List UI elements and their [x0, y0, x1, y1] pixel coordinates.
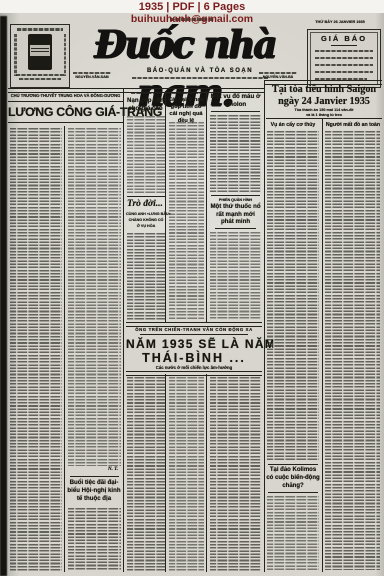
price-box-title: GIÁ BÁO [308, 34, 380, 43]
office-address-line [132, 77, 268, 79]
trodoi-title: Trò đời... [127, 199, 165, 209]
section-rule [268, 492, 318, 493]
body-text-block [127, 116, 165, 194]
column-rule [123, 88, 124, 572]
section-rule [211, 111, 260, 112]
body-text-block [325, 131, 380, 570]
body-text-block [169, 377, 204, 571]
body-text-block [267, 131, 319, 462]
section-rule [211, 195, 260, 196]
court-subtitle-line2: và là 1 tháng tù treo [266, 113, 382, 117]
market-kicker-line [131, 92, 161, 94]
trodoi-sub3: Ở VỤ HÒA [126, 224, 166, 228]
peace-kicker: ÔNG TRÊN CHIẾN-TRANH VẪN CÒN ĐỘNG XA [126, 327, 262, 332]
ad-side-text-left [14, 34, 17, 76]
section-rule [140, 334, 248, 335]
body-text-block [210, 232, 261, 320]
ad-can-image [28, 34, 52, 70]
scan-left-edge [0, 16, 7, 576]
banquet-subhead: Buổi tiệc đãi đại-biểu Hội-nghị kinh tế … [66, 479, 122, 503]
court-section1-subhead: Vụ án cấy cơ thủy [266, 122, 320, 128]
advertisement-box [10, 24, 70, 88]
newspaper-page-scan: 1935 | PDF | 6 Pages buihuuhanh@gmail.co… [0, 0, 384, 576]
body-text-block [127, 233, 165, 320]
cholon-headline: Một vụ đổ máu ở Cholon [209, 93, 262, 109]
column-rule [64, 126, 65, 572]
ferry-headline: Cái hại ở nạn góp tiền đò cải nghị quá đ… [167, 97, 205, 125]
column-rule [165, 374, 166, 572]
column-rule [206, 91, 207, 322]
peace-subtitle: Các nước ở mối chiến lực âm-hưởng [126, 365, 262, 370]
section-rule [70, 476, 119, 477]
court-subtitle-line1: Tòa thành án 150 mai 114 văn-đề [266, 108, 382, 112]
peace-headline-line2: THÁI-BÌNH ... [126, 351, 262, 365]
left-credit-block: NGUYỄN-VĂN-SAM [70, 72, 114, 79]
left-article-kicker: CHỦ TRƯƠNG-THUYẾT TRUNG HOA VÀ ĐÔNG-DƯƠN… [8, 92, 123, 100]
newspaper-title: Đuốc nhà nam. [66, 20, 304, 70]
trodoi-sub1: CÙNG ANH «LƯNG BẦU» [126, 212, 166, 216]
column-rule [165, 91, 166, 322]
price-row [315, 64, 373, 66]
watermark-line-1: 1935 | PDF | 6 Pages [0, 1, 384, 13]
section-rule [266, 118, 382, 119]
section-rule [268, 464, 318, 465]
right-credit: NGUYỄN-VĂN-BÁ [254, 75, 302, 79]
left-credit: NGUYỄN-VĂN-SAM [70, 75, 114, 79]
body-text-block [68, 128, 121, 466]
section-rule [127, 196, 165, 197]
column-rule [264, 80, 265, 572]
body-text-block [210, 115, 261, 193]
body-text-block [210, 377, 261, 571]
ad-caption-bottom-1 [16, 74, 64, 76]
left-article-headline: LƯƠNG CÔNG GIÁ-TRÀNG [8, 102, 123, 123]
section-rule [215, 228, 256, 229]
feature-bottom-rule [126, 371, 262, 376]
column-rule [322, 119, 323, 572]
price-row [315, 71, 373, 73]
market-headline: Nạn góp tiền chợ giá cao [125, 97, 166, 112]
body-text-block [169, 122, 204, 320]
body-text-block [10, 128, 62, 572]
court-section2-subhead: Người mất đồ an toàn [324, 122, 382, 128]
ad-caption-bottom-2 [19, 78, 61, 80]
price-row [315, 57, 373, 59]
court-headline-line2: ngày 24 Janvier 1935 [266, 96, 382, 107]
ferry-kicker-line [172, 92, 200, 94]
body-text-block [68, 508, 121, 570]
left-article-signature: N. T. [68, 467, 118, 472]
explosive-headline: Một thứ thuốc nổ rất mạnh mới phát minh [209, 203, 262, 226]
price-row [315, 50, 373, 52]
trodoi-sub2: CHÀNG KHÔNG CÓ [126, 218, 166, 222]
left-article-kicker-box: CHỦ TRƯƠNG-THUYẾT TRUNG HOA VÀ ĐÔNG-DƯƠN… [8, 92, 123, 102]
column-rule [206, 374, 207, 572]
body-text-block [267, 496, 319, 570]
right-credit-block: NGUYỄN-VĂN-BÁ [254, 72, 302, 79]
kolimos-subhead: Tại đảo Kolimos có cuộc biến-động chăng? [266, 467, 320, 490]
peace-headline-line1: NĂM 1935 SẼ LÀ NĂM [126, 337, 262, 351]
court-headline-line1: Tại tòa tiểu hình Saigon [266, 84, 382, 95]
ad-caption-top [17, 28, 63, 31]
watermark-line-2: buihuuhanh@gmail.com [0, 13, 384, 25]
explosive-kicker: PHIẾN QUÂN HÌNH [209, 198, 262, 202]
body-text-block [127, 377, 165, 571]
